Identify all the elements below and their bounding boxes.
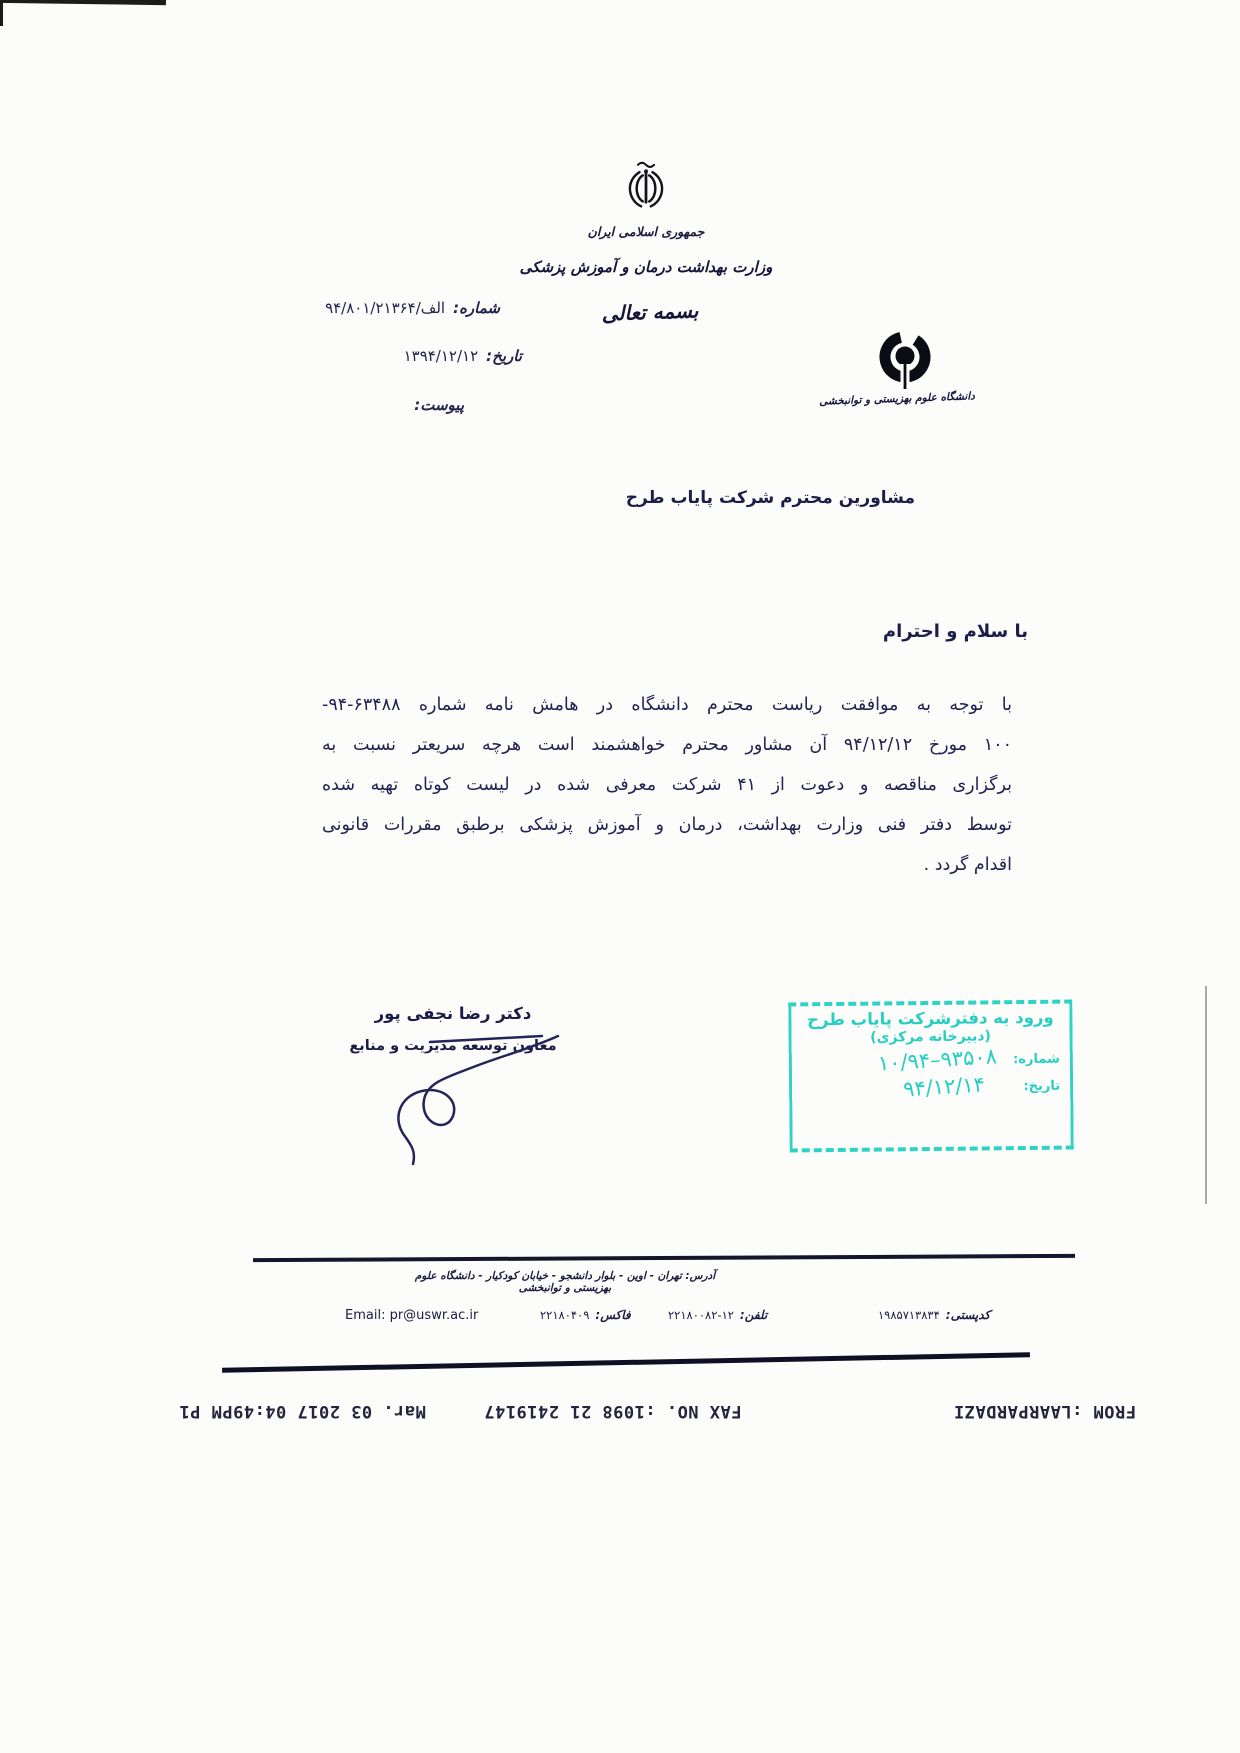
attachment-field: پیوست: [414,396,464,414]
ref-number-field: شماره: ۹۴/۸۰۱/الف/۲۱۳۶۴ [325,299,500,317]
stamp-date-value: ۹۴/۱۲/۱۴ [903,1072,986,1101]
ministry-title: وزارت بهداشت درمان و آموزش پزشکی [470,258,822,276]
ref-number-label: شماره: [453,299,500,317]
fax-number-text: FAX NO. :1098 21 2419147 [484,1401,742,1421]
republic-title: جمهوری اسلامی ایران [520,224,772,239]
basmala-text: بسمه تعالی [575,297,726,326]
footer-divider-bottom [222,1352,1030,1373]
telephone-value: ۲۲۱۸۰۰۸۲-۱۲ [668,1308,734,1322]
postal-code-value: ۱۹۸۵۷۱۳۸۳۴ [878,1308,940,1322]
telephone-label: تلفن: [740,1308,767,1322]
iran-national-emblem-icon [620,156,672,216]
fax-transmission-header: FROM :LAARPARDAZI FAX NO. :1098 21 24191… [108,1396,1136,1426]
stamp-subtitle: (دبیرخانه مرکزی) [802,1028,1060,1047]
footer-address: آدرس: تهران - اوین - بلوار دانشجو - خیاب… [405,1270,725,1294]
university-logo-icon [872,330,938,392]
addressee-line: مشاورین محترم شرکت پایاب طرح [626,488,915,508]
entry-stamp: ورود به دفترشرکت پایاب طرح (دبیرخانه مرک… [788,1000,1074,1153]
ref-number-value: ۹۴/۸۰۱/الف/۲۱۳۶۴ [325,299,445,317]
scan-artifact-top-line [0,0,166,5]
signer-name: دکتر رضا نجفی پور [338,1004,568,1023]
scan-artifact-corner-mark [0,0,3,26]
stamp-number-row: شماره: ۱۰/۹۴–۹۳۵۰۸ [802,1047,1060,1074]
footer-email: Email: pr@uswr.ac.ir [345,1308,478,1323]
stamp-number-value: ۱۰/۹۴–۹۳۵۰۸ [877,1044,997,1075]
stamp-date-row: تاریخ: ۹۴/۱۲/۱۴ [802,1074,1060,1101]
footer-telephone: تلفن: ۲۲۱۸۰۰۸۲-۱۲ [668,1308,767,1322]
body-line: اقدام گردد . [322,845,1012,885]
body-line: توسط دفتر فنی وزارت بهداشت، درمان و آموز… [322,805,1012,845]
footer-divider-top [253,1254,1075,1262]
body-line: ۱۰۰ مورخ ۹۴/۱۲/۱۲ آن مشاور محترم خواهشمن… [322,725,1012,765]
body-line: برگزاری مناقصه و دعوت از ۴۱ شرکت معرفی ش… [322,765,1012,805]
fax-datetime-text: Mar. 03 2017 04:49PM P1 [179,1401,426,1421]
attachment-label: پیوست: [414,396,464,414]
body-line: با توجه به موافقت ریاست محترم دانشگاه در… [322,685,1012,725]
scanned-fax-letter-page: جمهوری اسلامی ایران وزارت بهداشت درمان و… [0,0,1240,1753]
scan-artifact-right-line [1205,986,1207,1204]
ref-date-field: تاریخ: ۱۳۹۴/۱۲/۱۲ [404,347,522,365]
fax-value: ۲۲۱۸۰۴۰۹ [540,1308,589,1322]
stamp-title: ورود به دفترشرکت پایاب طرح [801,1008,1059,1030]
footer-postal-code: کدپستی: ۱۹۸۵۷۱۳۸۳۴ [878,1308,990,1322]
stamp-number-label: شماره: [1013,1051,1060,1066]
fax-from-text: FROM :LAARPARDAZI [954,1401,1137,1421]
fax-label: فاکس: [595,1308,630,1322]
ref-date-label: تاریخ: [486,347,522,365]
signature-scribble-icon [372,1026,572,1166]
postal-code-label: کدپستی: [946,1308,990,1322]
ref-date-value: ۱۳۹۴/۱۲/۱۲ [404,347,479,365]
letter-body: با توجه به موافقت ریاست محترم دانشگاه در… [322,685,1012,885]
university-name: دانشگاه علوم بهزیستی و توانبخشی [812,390,982,408]
footer-fax: فاکس: ۲۲۱۸۰۴۰۹ [540,1308,631,1322]
stamp-date-label: تاریخ: [1023,1078,1060,1093]
salutation-line: با سلام و احترام [883,621,1028,642]
